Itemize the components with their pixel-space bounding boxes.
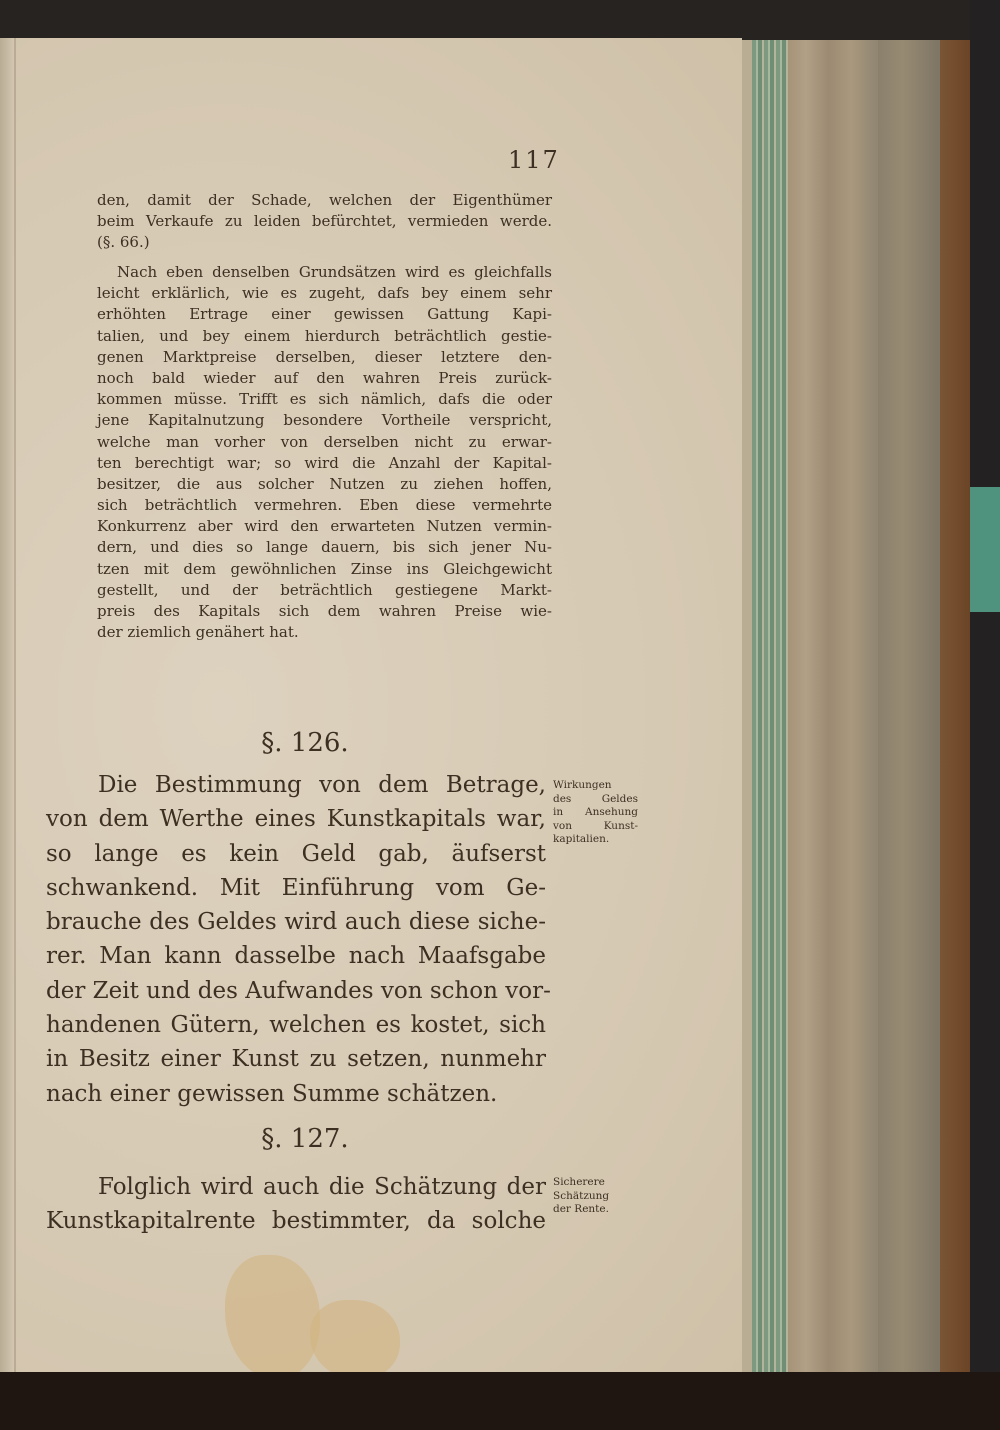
continuation-text: den, damit der Schade, welchen der Eigen… <box>97 190 552 254</box>
background-bottom <box>0 1372 1000 1430</box>
note-line: von Kunst- <box>553 820 638 834</box>
text-line: ten berechtigt war; so wird die Anzahl d… <box>97 453 552 474</box>
page-block-outer <box>878 40 940 1380</box>
text-line: brauche des Geldes wird auch diese siche… <box>46 905 546 939</box>
section-heading-127: §. 127. <box>5 1124 605 1154</box>
text-line: preis des Kapitals sich dem wahren Preis… <box>97 601 552 622</box>
section-126-text: Die Bestimmung von dem Betrage, von dem … <box>46 768 546 1111</box>
note-line: Schätzung <box>553 1190 638 1204</box>
text-line: jene Kapitalnutzung besondere Vortheile … <box>97 410 552 431</box>
text-line: welche man vorher von derselben nicht zu… <box>97 432 552 453</box>
text-line: sich beträchtlich vermehren. Eben diese … <box>97 495 552 516</box>
text-line: den, damit der Schade, welchen der Eigen… <box>97 190 552 211</box>
text-line: in Besitz einer Kunst zu setzen, nunmehr <box>46 1042 546 1076</box>
note-line: der Rente. <box>553 1203 638 1217</box>
text-line: Kunstkapitalrente bestimmter, da solche <box>46 1204 546 1238</box>
text-line: kommen müsse. Trifft es sich nämlich, da… <box>97 389 552 410</box>
text-line: Folglich wird auch die Schätzung der <box>46 1170 546 1204</box>
paragraph: Nach eben denselben Grundsätzen wird es … <box>97 262 552 643</box>
text-line: dern, und dies so lange dauern, bis sich… <box>97 537 552 558</box>
text-line: noch bald wieder auf den wahren Preis zu… <box>97 368 552 389</box>
green-page-edges <box>752 40 788 1380</box>
text-line: (§. 66.) <box>97 232 552 253</box>
marginal-note-126: Wirkungen des Geldes in Ansehung von Kun… <box>553 779 638 847</box>
leather-cover-edge <box>940 40 970 1380</box>
page-edge <box>742 40 752 1380</box>
text-line: der Zeit und des Aufwandes von schon vor… <box>46 974 546 1008</box>
text-line: Nach eben denselben Grundsätzen wird es … <box>97 262 552 283</box>
background-top <box>0 0 1000 40</box>
text-line: schwankend. Mit Einführung vom Ge- <box>46 871 546 905</box>
page-number: 117 <box>508 146 560 174</box>
note-line: kapitalien. <box>553 833 638 847</box>
text-line: der ziemlich genähert hat. <box>97 622 552 643</box>
text-line: so lange es kein Geld gab, äufserst <box>46 837 546 871</box>
text-line: Konkurrenz aber wird den erwarteten Nutz… <box>97 516 552 537</box>
section-heading-126: §. 126. <box>5 728 605 758</box>
text-line: Die Bestimmung von dem Betrage, <box>46 768 546 802</box>
note-line: Sicherere <box>553 1176 638 1190</box>
gutter-line <box>14 38 16 1378</box>
text-line: genen Marktpreise derselben, dieser letz… <box>97 347 552 368</box>
background-right <box>970 0 1000 1430</box>
gutter-shadow <box>0 38 14 1378</box>
marginal-note-127: Sicherere Schätzung der Rente. <box>553 1176 638 1217</box>
text-line: leicht erklärlich, wie es zugeht, dafs b… <box>97 283 552 304</box>
color-calibration-patch <box>967 487 1000 612</box>
text-line: tzen mit dem gewöhnlichen Zinse ins Glei… <box>97 559 552 580</box>
text-line: besitzer, die aus solcher Nutzen zu zieh… <box>97 474 552 495</box>
text-line: rer. Man kann dasselbe nach Maafsgabe <box>46 939 546 973</box>
page-block <box>788 40 878 1380</box>
section-127-text: Folglich wird auch die Schätzung der Kun… <box>46 1170 546 1239</box>
note-line: Wirkungen <box>553 779 638 793</box>
text-line: beim Verkaufe zu leiden befürchtet, verm… <box>97 211 552 232</box>
text-line: erhöhten Ertrage einer gewissen Gattung … <box>97 304 552 325</box>
text-line: von dem Werthe eines Kunstkapitals war, <box>46 802 546 836</box>
note-line: des Geldes <box>553 793 638 807</box>
text-line: nach einer gewissen Summe schätzen. <box>46 1077 546 1111</box>
text-line: gestellt, und der beträchtlich gestiegen… <box>97 580 552 601</box>
text-line: talien, und bey einem hierdurch beträcht… <box>97 326 552 347</box>
note-line: in Ansehung <box>553 806 638 820</box>
text-line: handenen Gütern, welchen es kostet, sich <box>46 1008 546 1042</box>
